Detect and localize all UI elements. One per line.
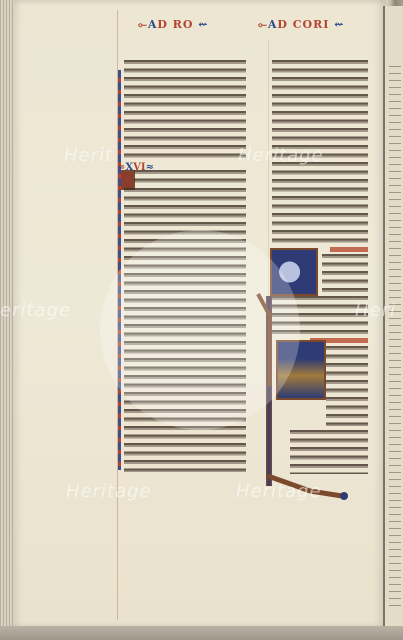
rubric [330, 247, 368, 252]
watermark: Herit [64, 145, 113, 166]
running-head-right: ⟜AD CORI ⇜ [258, 18, 344, 32]
running-head-left: ⟜AD RO ⇜ [138, 18, 209, 32]
text-column-left-top [124, 60, 246, 158]
watermark-emblem [100, 230, 300, 430]
watermark: Heritage [236, 481, 322, 502]
watermark: Heritage [238, 145, 324, 166]
bottom-edge [0, 626, 403, 640]
watermark: Heritage [66, 481, 152, 502]
watermark: eritage [0, 300, 71, 321]
text-column-left [134, 170, 246, 186]
watermark: Heri [355, 300, 396, 321]
small-initial [119, 170, 135, 190]
